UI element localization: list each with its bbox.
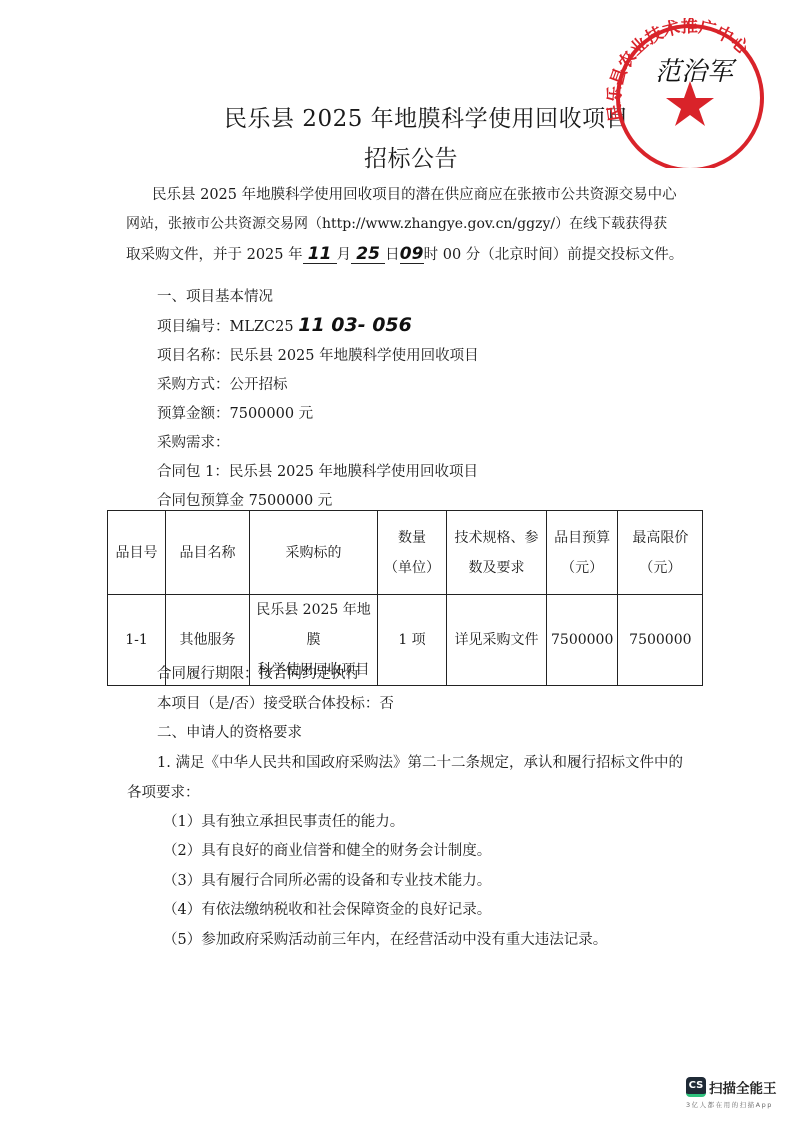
qualification-item-1: （1）具有独立承担民事责任的能力。 bbox=[163, 810, 404, 831]
consortium-bidding: 本项目（是/否）接受联合体投标：否 bbox=[157, 692, 394, 713]
scanner-watermark: CS扫描全能王 3亿人都在用的扫描App bbox=[686, 1076, 777, 1109]
procurement-method: 采购方式：公开招标 bbox=[157, 373, 288, 394]
intro-line-1: 民乐县 2025 年地膜科学使用回收项目的潜在供应商应在张掖市公共资源交易中心 bbox=[152, 183, 677, 204]
seal-star-icon bbox=[666, 81, 714, 126]
cell-budget: 7500000 bbox=[547, 595, 618, 686]
header-budget: 品目预算（元） bbox=[547, 511, 618, 595]
header-quantity: 数量（单位） bbox=[378, 511, 447, 595]
qualification-item-4: （4）有依法缴纳税收和社会保障资金的良好记录。 bbox=[163, 898, 491, 919]
watermark-app-name: 扫描全能王 bbox=[709, 1081, 777, 1097]
project-number-label: 项目编号：MLZC25 bbox=[157, 319, 294, 335]
contract-package: 合同包 1：民乐县 2025 年地膜科学使用回收项目 bbox=[157, 460, 478, 481]
header-max-price: 最高限价（元） bbox=[618, 511, 703, 595]
cell-max-price: 7500000 bbox=[618, 595, 703, 686]
cell-quantity: 1 项 bbox=[378, 595, 447, 686]
items-table: 品目号 品目名称 采购标的 数量（单位） 技术规格、参数及要求 品目预算（元） … bbox=[107, 510, 703, 686]
month-label: 月 bbox=[337, 247, 352, 263]
intro-line-3: 取采购文件，并于 2025 年11月25日09时 00 分（北京时间）前提交投标… bbox=[126, 243, 683, 264]
intro-line-2: 网站，张掖市公共资源交易网（http://www.zhangye.gov.cn/… bbox=[126, 213, 667, 233]
table-header-row: 品目号 品目名称 采购标的 数量（单位） 技术规格、参数及要求 品目预算（元） … bbox=[108, 511, 703, 595]
qualification-item-5: （5）参加政府采购活动前三年内，在经营活动中没有重大违法记录。 bbox=[163, 928, 607, 949]
qualification-item-2: （2）具有良好的商业信誉和健全的财务会计制度。 bbox=[163, 839, 491, 860]
requirement-1-line-2: 各项要求： bbox=[127, 781, 200, 802]
project-number-handwritten: 11 03- 056 bbox=[298, 314, 412, 336]
document-title: 民乐县 2025 年地膜科学使用回收项目 bbox=[224, 100, 629, 133]
qualification-item-3: （3）具有履行合同所必需的设备和专业技术能力。 bbox=[163, 869, 491, 890]
contract-term: 合同履行期限：按合同约定执行 bbox=[157, 662, 360, 683]
package-budget: 合同包预算金 7500000 元 bbox=[157, 489, 332, 510]
section1-heading: 一、项目基本情况 bbox=[157, 285, 273, 306]
official-seal: 民乐县农业技术推广中心 范治军 bbox=[595, 18, 777, 168]
section2-heading: 二、申请人的资格要求 bbox=[157, 721, 302, 742]
signature: 范治军 bbox=[655, 57, 737, 87]
requirement-1-line-1: 1. 满足《中华人民共和国政府采购法》第二十二条规定，承认和履行招标文件中的 bbox=[157, 751, 683, 772]
intro-deadline-suffix: 时 00 分（北京时间）前提交投标文件。 bbox=[424, 247, 684, 263]
project-name: 项目名称：民乐县 2025 年地膜科学使用回收项目 bbox=[157, 344, 479, 365]
cell-spec: 详见采购文件 bbox=[447, 595, 547, 686]
camscanner-logo-icon: CS bbox=[686, 1077, 706, 1097]
day-label: 日 bbox=[385, 247, 400, 263]
procurement-requirement-label: 采购需求： bbox=[157, 431, 230, 452]
budget-amount: 预算金额：7500000 元 bbox=[157, 402, 313, 423]
intro-deadline-prefix: 取采购文件，并于 2025 年 bbox=[126, 247, 303, 263]
deadline-month: 11 bbox=[303, 245, 337, 264]
header-item-no: 品目号 bbox=[108, 511, 166, 595]
document-subtitle: 招标公告 bbox=[364, 140, 458, 173]
header-spec: 技术规格、参数及要求 bbox=[447, 511, 547, 595]
header-item-name: 品目名称 bbox=[166, 511, 250, 595]
deadline-day: 25 bbox=[351, 245, 385, 264]
header-subject: 采购标的 bbox=[250, 511, 378, 595]
deadline-hour: 09 bbox=[400, 245, 424, 264]
project-number: 项目编号：MLZC25 11 03- 056 bbox=[157, 314, 412, 336]
watermark-tagline: 3亿人都在用的扫描App bbox=[686, 1100, 777, 1109]
